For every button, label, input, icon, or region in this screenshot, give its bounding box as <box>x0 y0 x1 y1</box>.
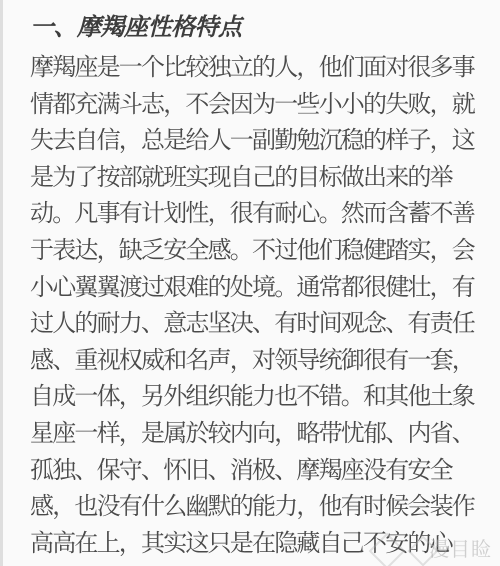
paragraph-line: 星座一样，是属於较内向，略带忧郁、内省、 <box>30 416 474 453</box>
paragraph-line: 于表达，缺乏安全感。不过他们稳健踏实，会 <box>30 233 474 270</box>
paragraph-line: 孤独、保守、怀旧、消极、摩羯座没有安全 <box>30 453 474 490</box>
paragraph-line: 高高在上，其实这只是在隐藏自己不安的心 <box>30 526 474 563</box>
article-page: 一、摩羯座性格特点 摩羯座是一个比较独立的人，他们面对很多事 情都充满斗志，不会… <box>0 0 500 566</box>
paragraph-line: 过人的耐力、意志坚决、有时间观念、有责任 <box>30 306 474 343</box>
paragraph-line: 小心翼翼渡过艰难的处境。通常都很健壮，有 <box>30 270 474 307</box>
article-content: 一、摩羯座性格特点 摩羯座是一个比较独立的人，他们面对很多事 情都充满斗志，不会… <box>30 12 474 562</box>
paragraph-line: 感，也没有什么幽默的能力，他有时候会装作 <box>30 489 474 526</box>
paragraph-line: 感、重视权威和名声，对领导统御很有一套， <box>30 343 474 380</box>
paragraph-line: 摩羯座是一个比较独立的人，他们面对很多事 <box>30 50 474 87</box>
paragraph-line: 情都充满斗志，不会因为一些小小的失败，就 <box>30 87 474 124</box>
paragraph-line: 动。凡事有计划性，很有耐心。然而含蓄不善 <box>30 196 474 233</box>
article-heading: 一、摩羯座性格特点 <box>30 12 474 43</box>
paragraph-line: 自成一体，另外组织能力也不错。和其他土象 <box>30 379 474 416</box>
paragraph-line: 失去自信，总是给人一副勤勉沉稳的样子，这 <box>30 123 474 160</box>
paragraph-line: 是为了按部就班实现自己的目标做出来的举 <box>30 160 474 197</box>
article-body: 摩羯座是一个比较独立的人，他们面对很多事 情都充满斗志，不会因为一些小小的失败，… <box>30 50 474 562</box>
